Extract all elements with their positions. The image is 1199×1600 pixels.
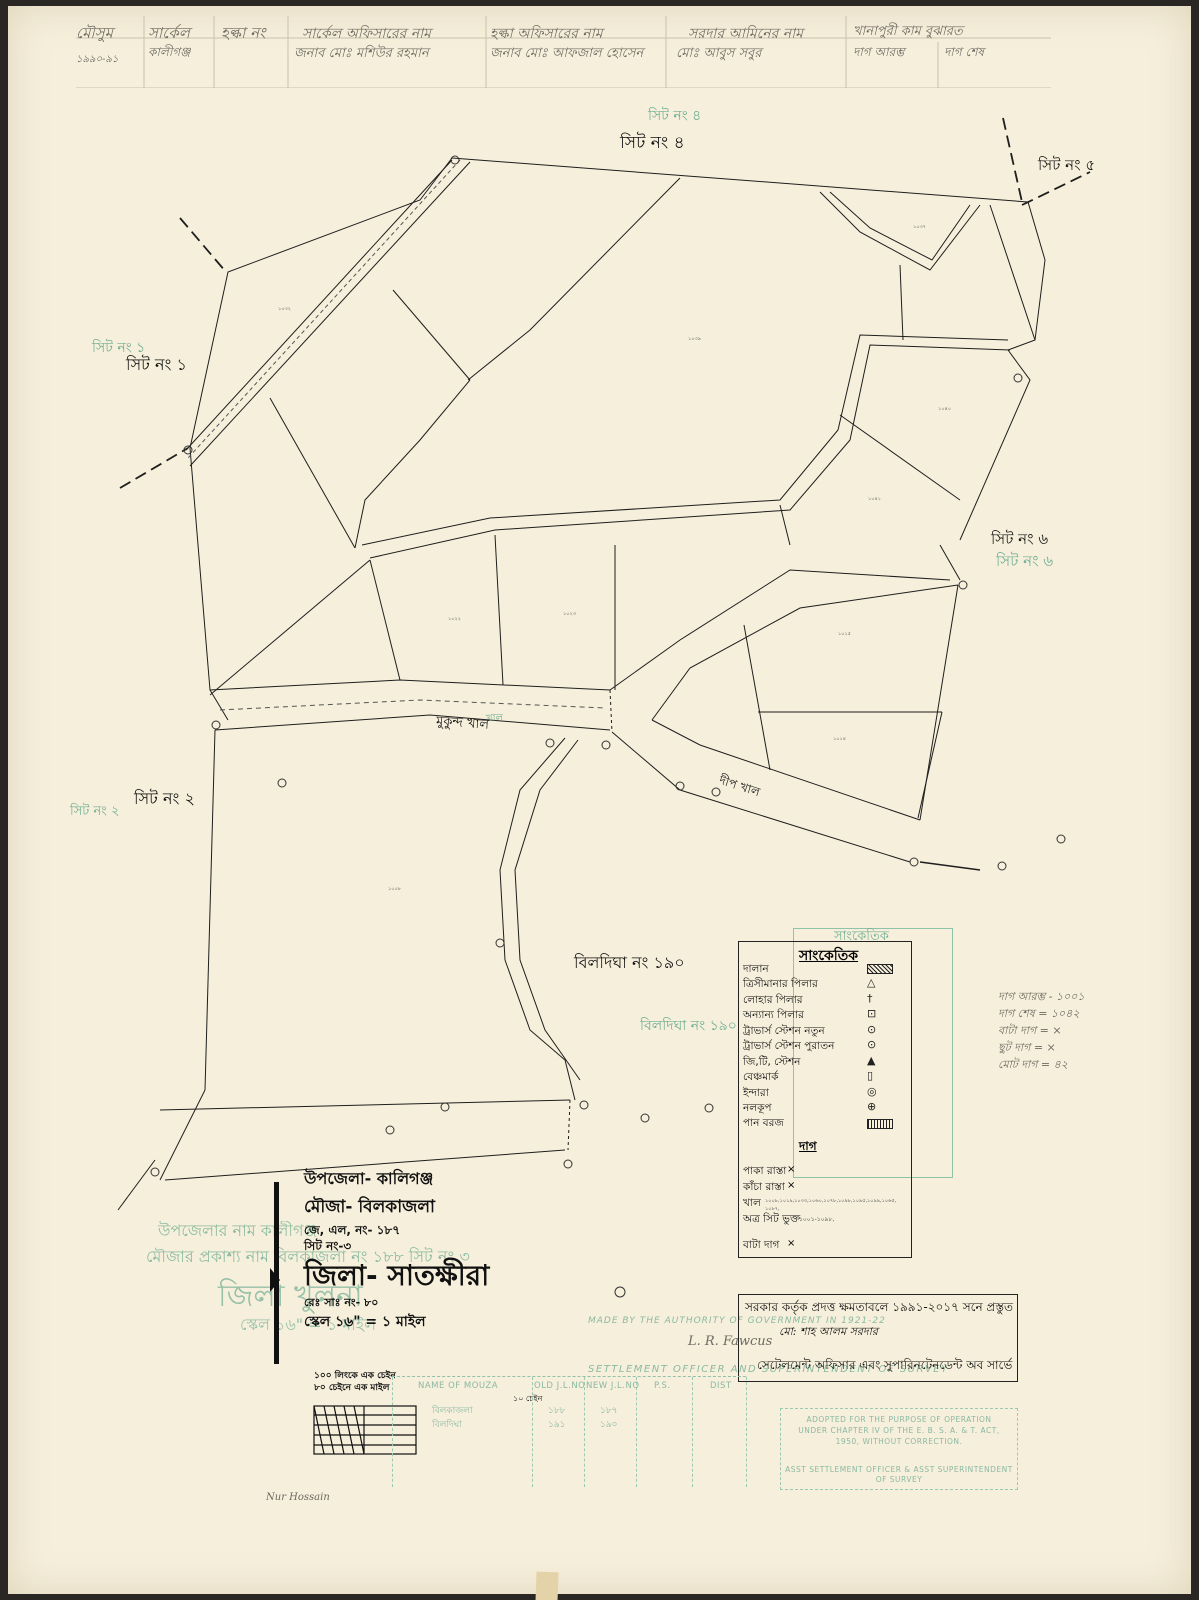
legend-dag-value: ১০০১-১০৯৮,	[799, 1214, 834, 1225]
legend-dag-value: ×	[787, 1164, 795, 1175]
title-scale: স্কেল ১৬" = ১ মাইল	[304, 1310, 426, 1334]
adjacent-mouza-label-green: বিলদিঘা নং ১৯০	[640, 1014, 737, 1038]
benchmark-icon: ▯	[867, 1069, 873, 1082]
betel-garden-symbol-icon	[867, 1119, 893, 1129]
adopted-line-2: UNDER CHAPTER IV OF THE E. B. S. A. & T.…	[781, 1426, 1017, 1435]
legend-dag-item: খাল	[743, 1196, 761, 1213]
bottom-signature: Nur Hossain	[266, 1492, 330, 1503]
canal-label-mukunda: মুকুন্দ খাল	[435, 712, 489, 737]
mouza-table-header: NAME OF MOUZA	[418, 1381, 498, 1391]
title-upazila: উপজেলা- কালিগঞ্জ	[304, 1166, 433, 1193]
traverse-old-icon: ⊙	[867, 1038, 876, 1051]
sheet-label-northeast: সিট নং ৫	[1038, 154, 1095, 179]
mouza-table-cell: ১৯০	[600, 1417, 618, 1432]
legend-item: বেঞ্চমার্ক	[743, 1070, 779, 1087]
mouza-table-cell: বিলদিঘা	[432, 1417, 462, 1432]
tubewell-icon: ⊕	[867, 1100, 876, 1113]
mouza-table: NAME OF MOUZA OLD J.L.NO NEW J.L.NO P.S.…	[392, 1376, 746, 1487]
legend-dag-item: বাটা দাগ	[743, 1238, 779, 1255]
other-pillar-icon: ⊡	[867, 1007, 876, 1020]
mouza-table-cell: ১৯১	[548, 1417, 566, 1432]
dag-summary-notes: দাগ আরম্ভ - ১০০১ দাগ শেষ = ১০৪২ বাটা দাগ…	[998, 988, 1085, 1073]
authority-line-1: সরকার কর্তৃক প্রদত্ত ক্ষমতাবলে ১৯৯১-২০১৭…	[745, 1299, 1013, 1319]
legend-item: ত্রিসীমানার পিলার	[743, 977, 818, 994]
note-dag-start: দাগ আরম্ভ - ১০০১	[998, 988, 1085, 1005]
sheet-label-east-green: সিট নং ৬	[996, 550, 1053, 575]
adopted-line-3: 1950, WITHOUT CORRECTION.	[781, 1437, 1017, 1446]
note-chut-dag: ছুট দাগ = ×	[998, 1039, 1085, 1056]
traverse-new-icon: ⊙	[867, 1023, 876, 1036]
legend-title: সাংকেতিক	[799, 944, 858, 968]
mouza-table-cell: ১৮৮	[548, 1403, 566, 1418]
sheet-label-north-green: সিট নং ৪	[648, 104, 701, 128]
iron-pillar-icon: †	[867, 992, 873, 1005]
legend-dag-value: ×	[787, 1238, 795, 1249]
mouza-table-header: P.S.	[654, 1381, 671, 1391]
legend-dag-item: পাকা রাস্তা	[743, 1164, 786, 1181]
legend-dag-item: অত্র সিট ভুক্ত	[743, 1212, 800, 1229]
adopted-line-5: OF SURVEY	[781, 1475, 1017, 1484]
note-bata-dag: বাটা দাগ = ×	[998, 1022, 1085, 1039]
title-mouza: মৌজা- বিলকাজলা	[304, 1194, 435, 1222]
legend-item: পান বরজ	[743, 1116, 784, 1133]
legend-item: ট্রাভার্স স্টেশন পুরাতন	[743, 1039, 834, 1056]
north-arrow-icon	[270, 1268, 280, 1292]
authority-signature: মো: শাহ আলম সরদার	[779, 1323, 878, 1342]
legend-item: অন্যান্য পিলার	[743, 1008, 804, 1025]
mouza-table-header: DIST	[710, 1381, 732, 1391]
tape-strip	[535, 1572, 558, 1600]
authority-box: সরকার কর্তৃক প্রদত্ত ক্ষমতাবলে ১৯৯১-২০১৭…	[738, 1294, 1018, 1382]
legend-dag-value: ×	[787, 1180, 795, 1191]
sheet-label-southwest: সিট নং ২	[134, 786, 195, 813]
mouza-table-cell: ১৮৭	[600, 1403, 618, 1418]
legend-dag-item: কাঁচা রাস্তা	[743, 1180, 785, 1197]
trijunction-pillar-icon: △	[867, 976, 875, 989]
scale-note-2: ৮০ চেইনে এক মাইল	[314, 1380, 389, 1395]
legend-box: সাংকেতিক দালান ত্রিসীমানার পিলার লোহার প…	[738, 941, 912, 1258]
note-total-dag: মোট দাগ = ৪২	[998, 1056, 1085, 1073]
mouza-table-header: NEW J.L.NO	[586, 1381, 640, 1391]
sheet-label-southwest-green: সিট নং ২	[70, 802, 119, 823]
building-symbol-icon	[867, 964, 893, 974]
mouza-table-header: OLD J.L.NO	[534, 1381, 585, 1391]
green-title-upazila: উপজেলার নাম কালীগঞ্জ	[158, 1218, 317, 1245]
adopted-line-1: ADOPTED FOR THE PURPOSE OF OPERATION	[781, 1415, 1017, 1424]
canal-label-green: খাল	[486, 711, 503, 728]
legend-dag-title: দাগ	[799, 1138, 817, 1158]
adjacent-mouza-label: বিলদিঘা নং ১৯০	[574, 950, 685, 977]
adopted-line-4: ASST SETTLEMENT OFFICER & ASST SUPERINTE…	[781, 1465, 1017, 1474]
sheet-label-west: সিট নং ১	[126, 352, 187, 379]
authority-line-2: সেটেলমেন্ট অফিসার এবং সুপারিনটেনডেন্ট অব…	[757, 1357, 1012, 1377]
sheet-label-north: সিট নং ৪	[620, 130, 685, 158]
map-sheet: মৌসুম ১৯৯০-৯১ সার্কেল কালীগঞ্জ হল্কা নং …	[8, 6, 1191, 1594]
mouza-table-cell: বিলকাজলা	[432, 1403, 473, 1418]
note-dag-end: দাগ শেষ = ১০৪২	[998, 1005, 1085, 1022]
gt-station-icon: ▲	[867, 1054, 875, 1067]
adopted-box: ADOPTED FOR THE PURPOSE OF OPERATION UND…	[780, 1408, 1018, 1490]
well-icon: ◎	[867, 1085, 877, 1098]
